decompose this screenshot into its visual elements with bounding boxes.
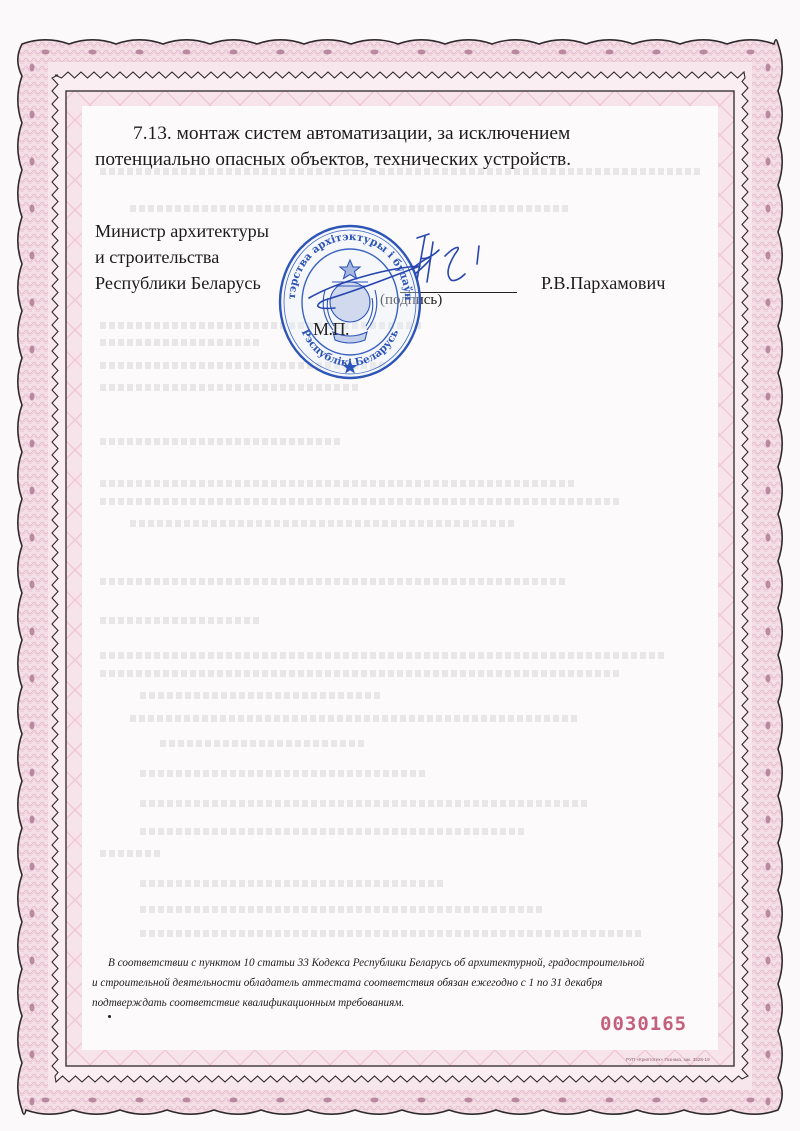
serial-number: 0030165 xyxy=(600,1013,687,1035)
signatory-title-line-3: Республики Беларусь xyxy=(95,270,269,296)
clause-paragraph: 7.13. монтаж систем автоматизации, за ис… xyxy=(95,121,695,173)
signatory-title: Министр архитектуры и строительства Респ… xyxy=(95,218,269,296)
clause-line-2: потенциально опасных объектов, техническ… xyxy=(95,147,695,173)
handwritten-signature xyxy=(305,228,495,318)
signatory-title-line-1: Министр архитектуры xyxy=(95,218,269,244)
signatory-title-line-2: и строительства xyxy=(95,244,269,270)
notice-line-2: и строительной деятельности обладатель а… xyxy=(92,973,700,993)
certificate-page: 7.13. монтаж систем автоматизации, за ис… xyxy=(0,0,800,1131)
printer-mark: РУП «Криптотех» Гознака, зак. 3528-19 xyxy=(626,1057,710,1062)
signatory-name: Р.В.Пархамович xyxy=(541,273,665,294)
stamp-place-label: М.П. xyxy=(313,319,349,340)
notice-line-1: В соответствии с пунктом 10 статьи 33 Ко… xyxy=(92,953,700,973)
ink-speck xyxy=(108,1015,111,1018)
clause-line-1: 7.13. монтаж систем автоматизации, за ис… xyxy=(95,121,695,147)
notice-line-3: подтверждать соответствие квалификационн… xyxy=(92,993,700,1013)
legal-notice: В соответствии с пунктом 10 статьи 33 Ко… xyxy=(92,953,700,1013)
